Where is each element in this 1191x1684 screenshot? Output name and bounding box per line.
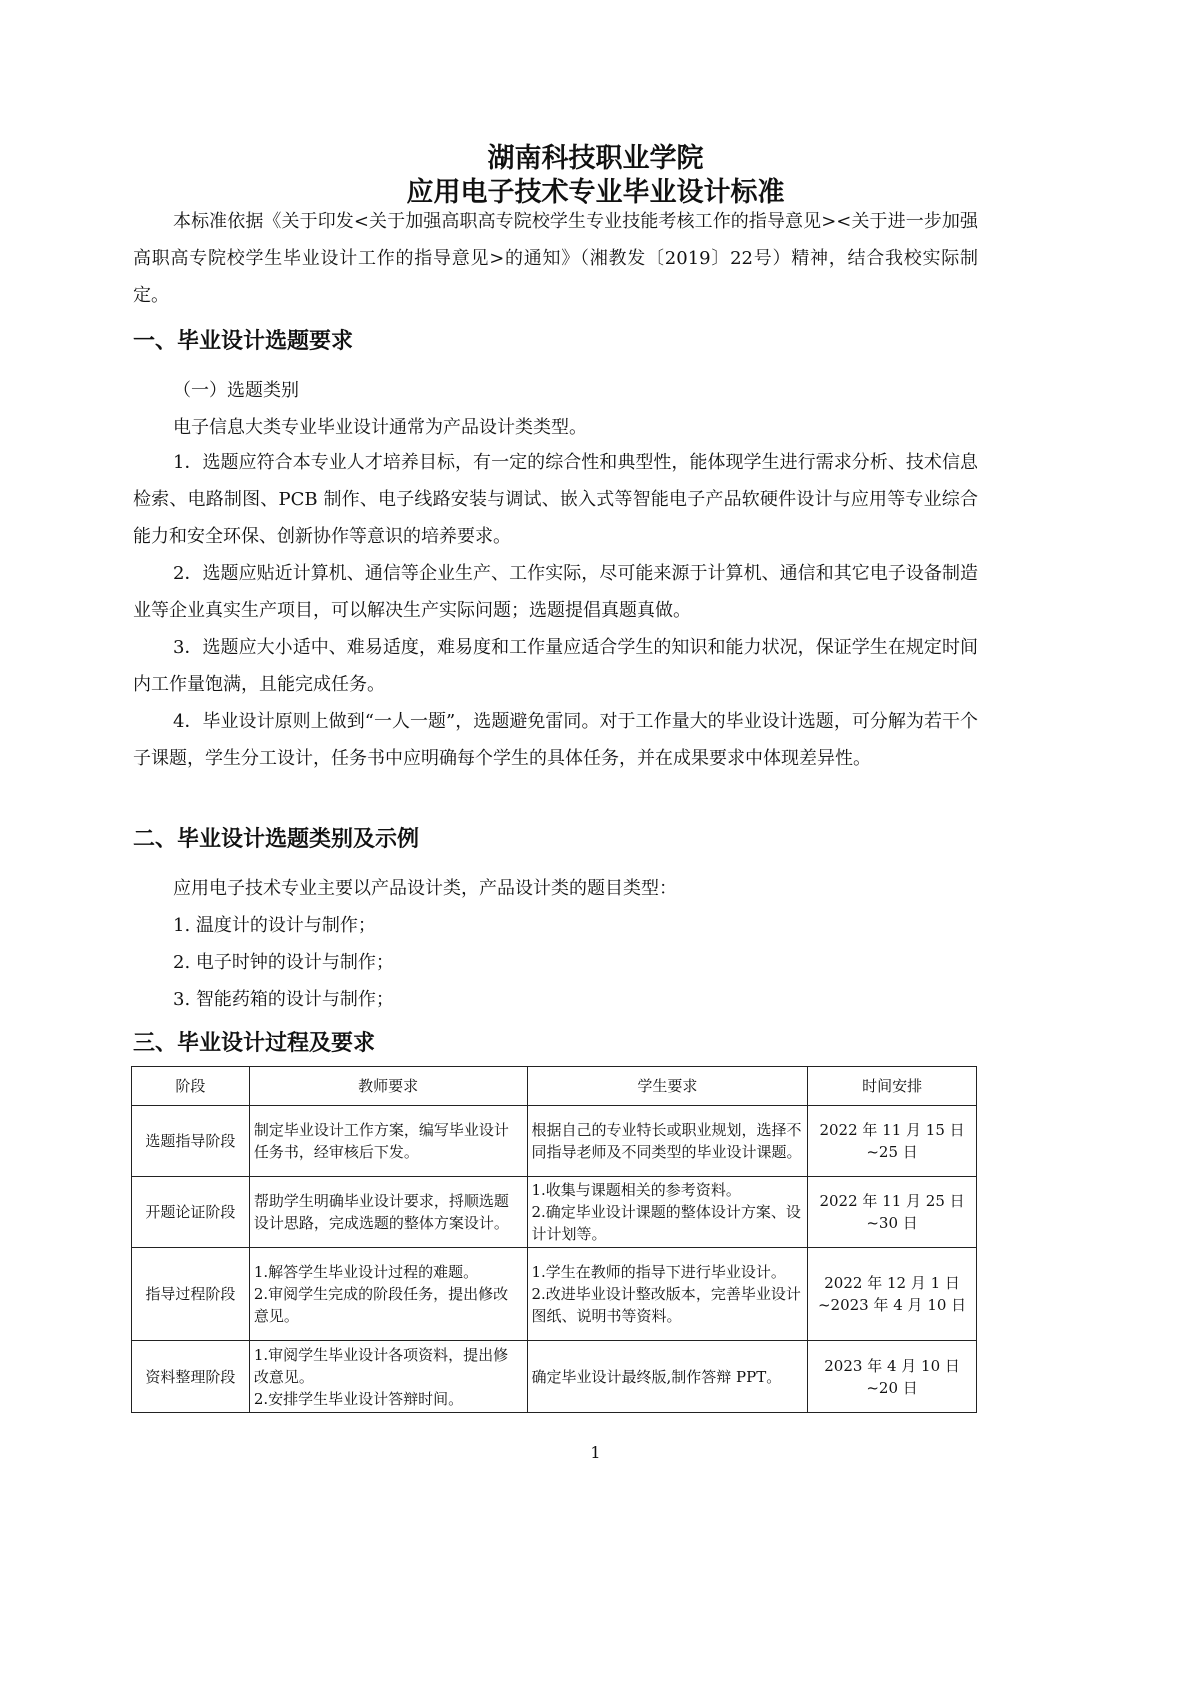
time-start: 2023 年 4 月 10 日 <box>812 1355 972 1377</box>
cell-teacher: 帮助学生明确毕业设计要求，捋顺选题设计思路，完成选题的整体方案设计。 <box>249 1177 527 1248</box>
time-end: ~25 日 <box>812 1141 972 1163</box>
cell-line: 确定毕业设计最终版,制作答辩 PPT。 <box>532 1366 804 1388</box>
requirement-item-1: 1．选题应符合本专业人才培养目标，有一定的综合性和典型性，能体现学生进行需求分析… <box>133 444 978 555</box>
requirement-item-2: 2．选题应贴近计算机、通信等企业生产、工作实际，尽可能来源于计算机、通信和其它电… <box>133 555 978 629</box>
cell-line: 2.确定毕业设计课题的整体设计方案、设计计划等。 <box>532 1201 804 1245</box>
cell-line: 帮助学生明确毕业设计要求，捋顺选题设计思路，完成选题的整体方案设计。 <box>254 1190 523 1234</box>
cell-line: 2.改进毕业设计整改版本，完善毕业设计图纸、说明书等资料。 <box>532 1283 804 1327</box>
cell-line: 1.学生在教师的指导下进行毕业设计。 <box>532 1261 804 1283</box>
cell-time: 2022 年 12 月 1 日 ~2023 年 4 月 10 日 <box>808 1248 977 1341</box>
cell-line: 2.安排学生毕业设计答辩时间。 <box>254 1388 523 1410</box>
cell-time: 2022 年 11 月 15 日 ~25 日 <box>808 1106 977 1177</box>
header-stage: 阶段 <box>132 1067 250 1106</box>
cell-line: 制定毕业设计工作方案，编写毕业设计任务书，经审核后下发。 <box>254 1119 523 1163</box>
section-1-heading: 一、毕业设计选题要求 <box>133 324 353 355</box>
section-2-lead: 应用电子技术专业主要以产品设计类，产品设计类的题目类型： <box>173 874 677 900</box>
cell-line: 1.解答学生毕业设计过程的难题。 <box>254 1261 523 1283</box>
table-row: 资料整理阶段 1.审阅学生毕业设计各项资料，提出修改意见。 2.安排学生毕业设计… <box>132 1341 977 1413</box>
cell-teacher: 1.审阅学生毕业设计各项资料，提出修改意见。 2.安排学生毕业设计答辩时间。 <box>249 1341 527 1413</box>
cell-stage: 资料整理阶段 <box>132 1341 250 1413</box>
intro-paragraph: 本标准依据《关于印发<关于加强高职高专院校学生专业技能考核工作的指导意见><关于… <box>133 203 978 314</box>
requirement-item-4: 4．毕业设计原则上做到“一人一题”，选题避免雷同。对于工作量大的毕业设计选题，可… <box>133 703 978 777</box>
cell-student: 1.学生在教师的指导下进行毕业设计。 2.改进毕业设计整改版本，完善毕业设计图纸… <box>527 1248 808 1341</box>
example-item-3: 3. 智能药箱的设计与制作； <box>173 985 394 1011</box>
cell-time: 2023 年 4 月 10 日 ~20 日 <box>808 1341 977 1413</box>
cell-line: 2.审阅学生完成的阶段任务，提出修改意见。 <box>254 1283 523 1327</box>
section-3-heading: 三、毕业设计过程及要求 <box>133 1026 375 1057</box>
requirement-item-3: 3．选题应大小适中、难易适度，难易度和工作量应适合学生的知识和能力状况，保证学生… <box>133 629 978 703</box>
time-start: 2022 年 11 月 15 日 <box>812 1119 972 1141</box>
header-time: 时间安排 <box>808 1067 977 1106</box>
time-end: ~30 日 <box>812 1212 972 1234</box>
example-item-2: 2. 电子时钟的设计与制作； <box>173 948 394 974</box>
section-1-subheading: （一）选题类别 <box>173 376 299 402</box>
cell-stage: 开题论证阶段 <box>132 1177 250 1248</box>
cell-stage: 选题指导阶段 <box>132 1106 250 1177</box>
cell-teacher: 1.解答学生毕业设计过程的难题。 2.审阅学生完成的阶段任务，提出修改意见。 <box>249 1248 527 1341</box>
document-page: 湖南科技职业学院 应用电子技术专业毕业设计标准 本标准依据《关于印发<关于加强高… <box>0 0 1191 1684</box>
cell-student: 1.收集与课题相关的参考资料。 2.确定毕业设计课题的整体设计方案、设计计划等。 <box>527 1177 808 1248</box>
header-student: 学生要求 <box>527 1067 808 1106</box>
cell-line: 1.收集与课题相关的参考资料。 <box>532 1179 804 1201</box>
cell-teacher: 制定毕业设计工作方案，编写毕业设计任务书，经审核后下发。 <box>249 1106 527 1177</box>
table-row: 选题指导阶段 制定毕业设计工作方案，编写毕业设计任务书，经审核后下发。 根据自己… <box>132 1106 977 1177</box>
example-item-1: 1. 温度计的设计与制作； <box>173 911 376 937</box>
time-start: 2022 年 11 月 25 日 <box>812 1190 972 1212</box>
cell-line: 1.审阅学生毕业设计各项资料，提出修改意见。 <box>254 1344 523 1388</box>
time-end: ~20 日 <box>812 1377 972 1399</box>
section-1-lead: 电子信息大类专业毕业设计通常为产品设计类类型。 <box>173 413 587 439</box>
cell-student: 确定毕业设计最终版,制作答辩 PPT。 <box>527 1341 808 1413</box>
time-start: 2022 年 12 月 1 日 <box>812 1272 972 1294</box>
page-number: 1 <box>0 1443 1191 1462</box>
cell-student: 根据自己的专业特长或职业规划，选择不同指导老师及不同类型的毕业设计课题。 <box>527 1106 808 1177</box>
cell-time: 2022 年 11 月 25 日 ~30 日 <box>808 1177 977 1248</box>
table-row: 指导过程阶段 1.解答学生毕业设计过程的难题。 2.审阅学生完成的阶段任务，提出… <box>132 1248 977 1341</box>
cell-stage: 指导过程阶段 <box>132 1248 250 1341</box>
time-end: ~2023 年 4 月 10 日 <box>812 1294 972 1316</box>
table-row: 开题论证阶段 帮助学生明确毕业设计要求，捋顺选题设计思路，完成选题的整体方案设计… <box>132 1177 977 1248</box>
table-header-row: 阶段 教师要求 学生要求 时间安排 <box>132 1067 977 1106</box>
header-teacher: 教师要求 <box>249 1067 527 1106</box>
section-2-heading: 二、毕业设计选题类别及示例 <box>133 822 419 853</box>
process-table: 阶段 教师要求 学生要求 时间安排 选题指导阶段 制定毕业设计工作方案，编写毕业… <box>131 1066 977 1413</box>
cell-line: 根据自己的专业特长或职业规划，选择不同指导老师及不同类型的毕业设计课题。 <box>532 1119 804 1163</box>
